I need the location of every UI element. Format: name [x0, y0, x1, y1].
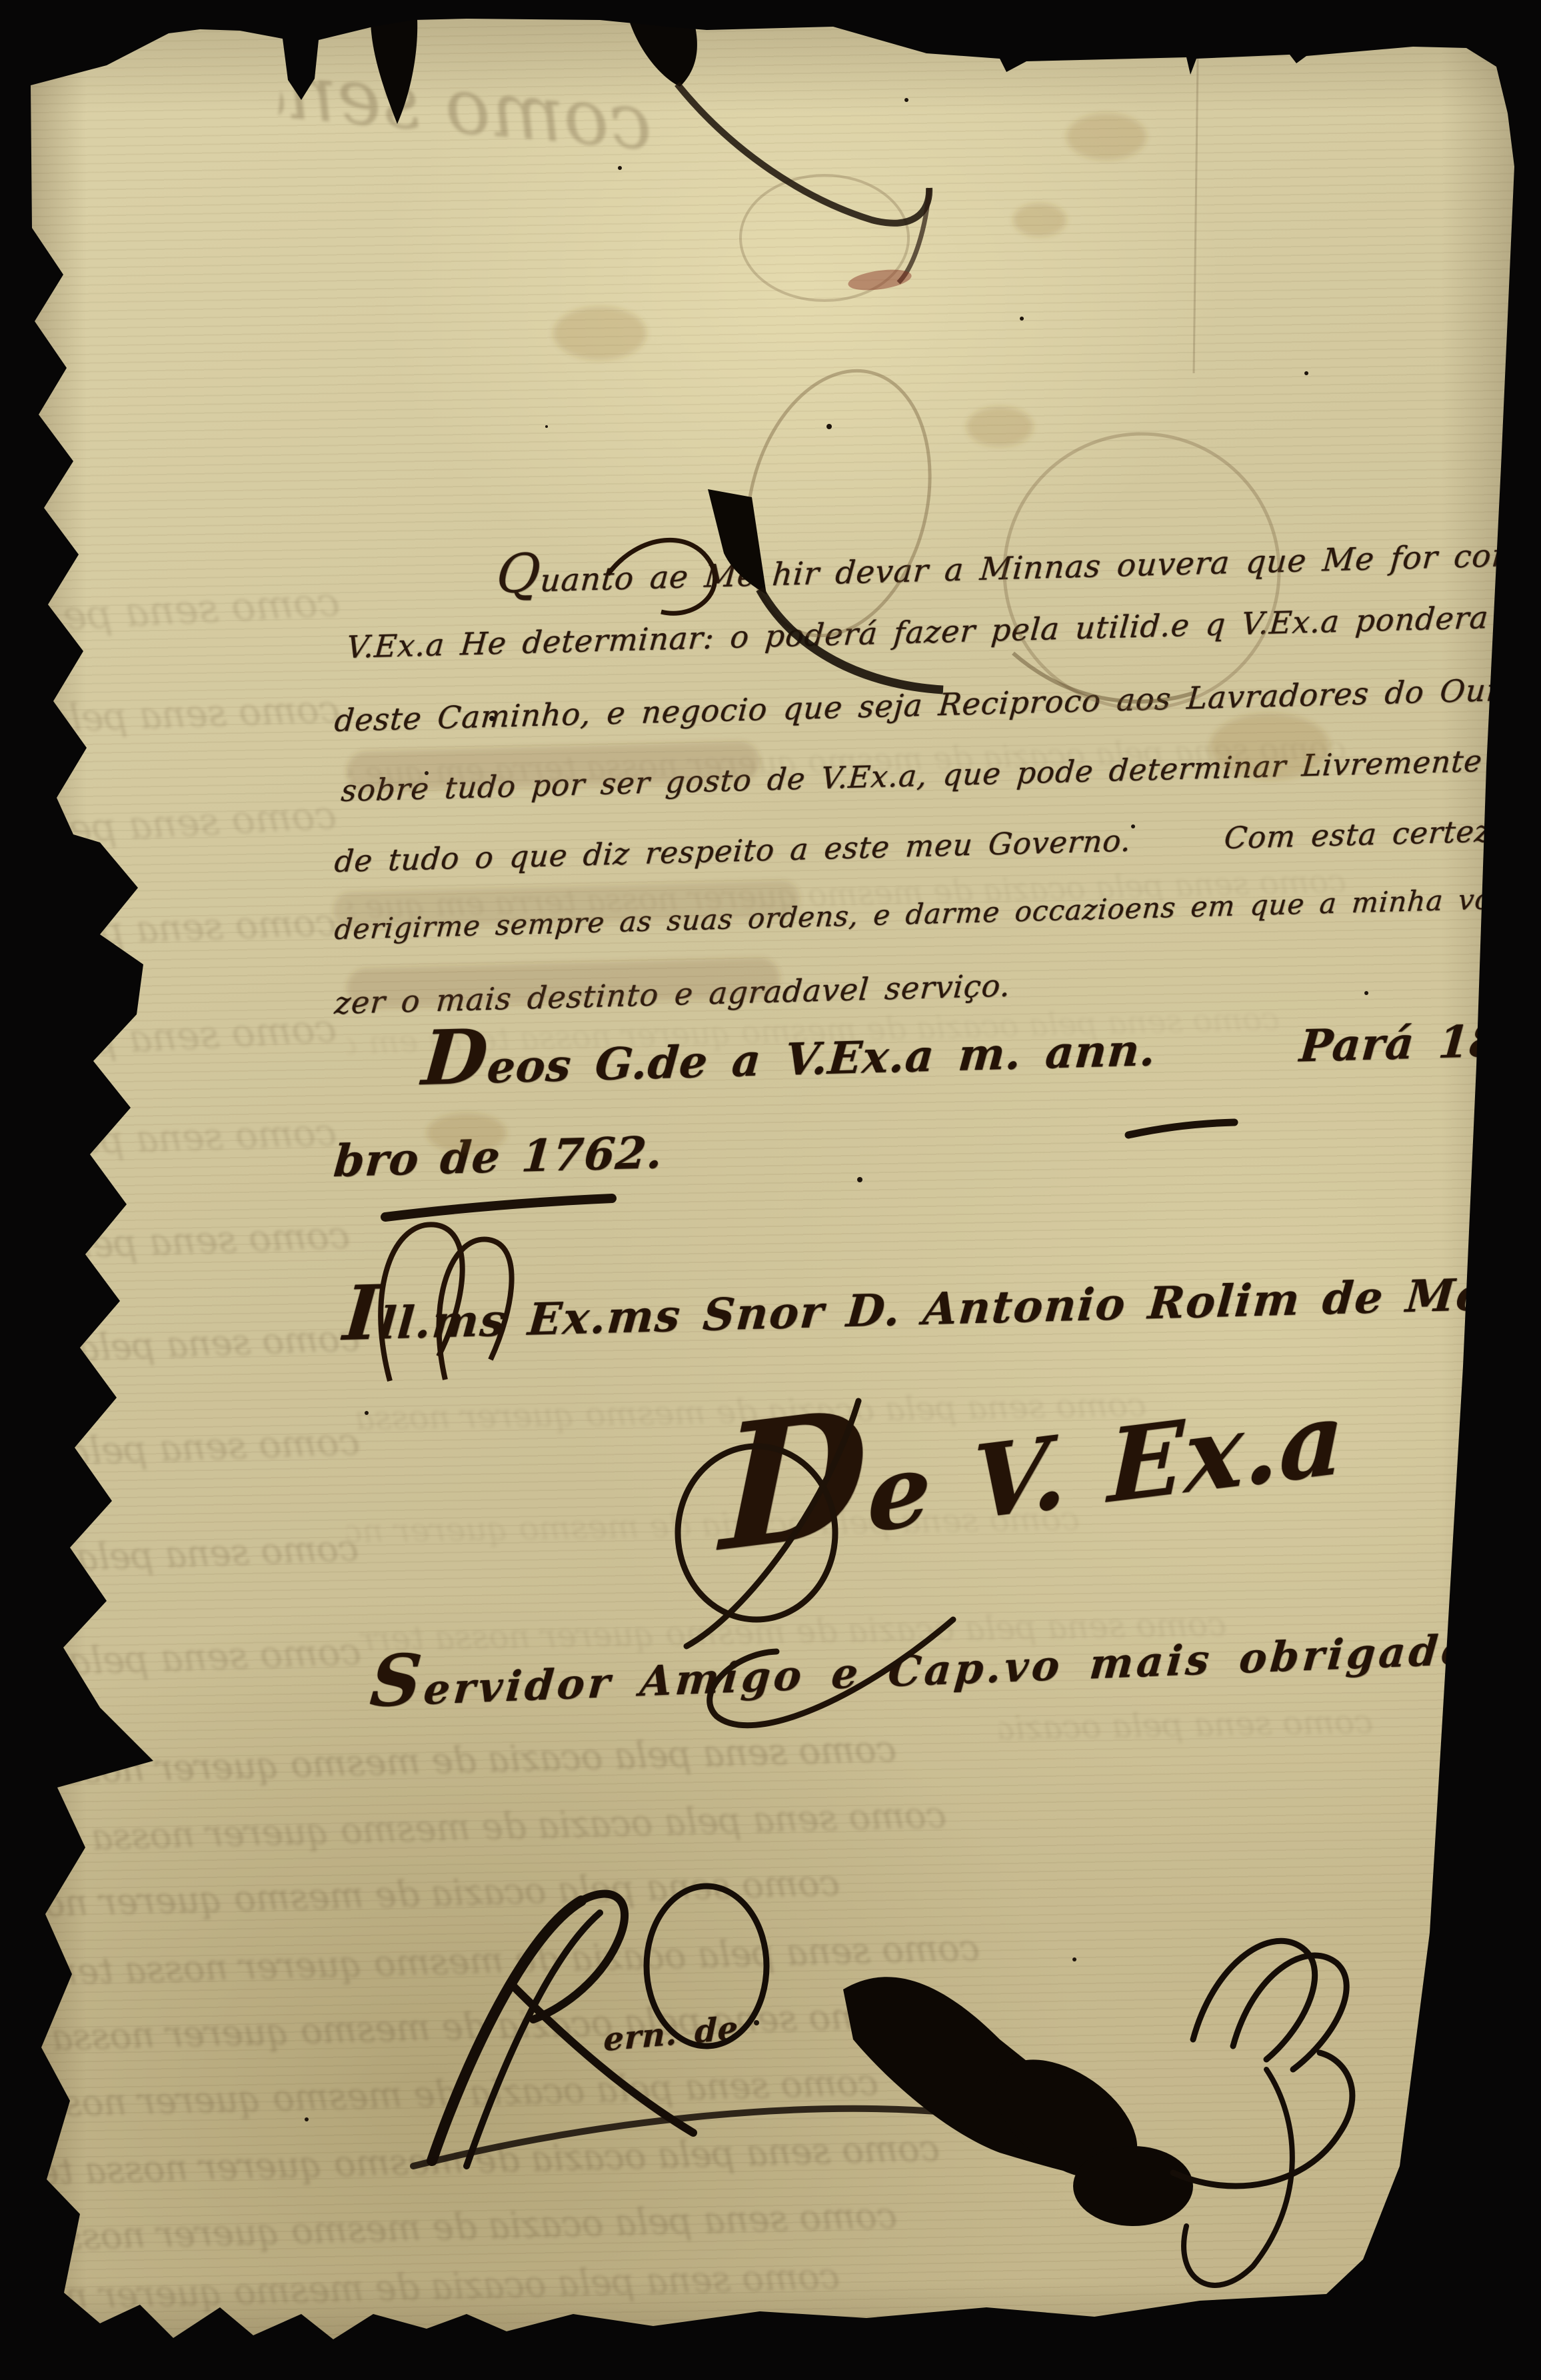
manuscript-page: como sena pelcomo sena pela ocacomo sena… [0, 0, 1541, 2380]
date-line-2: bro de 1762. [332, 1128, 665, 1186]
edge-shading [0, 0, 1541, 2380]
photograph-background: como sena pelcomo sena pela ocacomo sena… [0, 0, 1541, 2380]
